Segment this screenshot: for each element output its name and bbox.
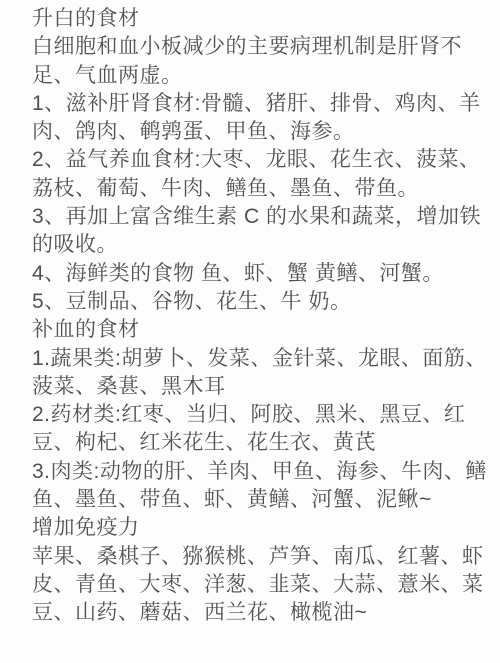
text-line: 苹果、桑棋子、猕猴桃、芦笋、南瓜、红薯、虾 bbox=[32, 543, 472, 571]
document-page: 升白的食材 白细胞和血小板减少的主要病理机制是肝肾不 足、气血两虚。 1、滋补肝… bbox=[0, 0, 500, 663]
text-line: 鱼、墨鱼、带鱼、虾、黄鳝、河蟹、泥鳅~ bbox=[32, 486, 472, 514]
text-line: 肉、鸽肉、鹌鹑蛋、甲鱼、海参。 bbox=[32, 118, 472, 146]
section-title-shengbai: 升白的食材 bbox=[32, 5, 472, 33]
text-line: 2、益气养血食材:大枣、龙眼、花生衣、菠菜、 bbox=[32, 146, 472, 174]
text-line: 豆、枸杞、红米花生、花生衣、黄芪 bbox=[32, 429, 472, 457]
text-line: 荔枝、葡萄、牛肉、鳝鱼、墨鱼、带鱼。 bbox=[32, 175, 472, 203]
text-line: 3.肉类:动物的肝、羊肉、甲鱼、海参、牛肉、鳝 bbox=[32, 458, 472, 486]
text-line: 菠菜、桑葚、黑木耳 bbox=[32, 373, 472, 401]
text-line: 足、气血两虚。 bbox=[32, 62, 472, 90]
text-line: 3、再加上富含维生素 C 的水果和蔬菜，增加铁 bbox=[32, 203, 472, 231]
text-line: 白细胞和血小板减少的主要病理机制是肝肾不 bbox=[32, 33, 472, 61]
text-line: 2.药材类:红枣、当归、阿胶、黑米、黑豆、红 bbox=[32, 401, 472, 429]
text-line: 的吸收。 bbox=[32, 231, 472, 259]
text-line: 1.蔬果类:胡萝卜、发菜、金针菜、龙眼、面筋、 bbox=[32, 345, 472, 373]
section-title-mianyili: 增加免疫力 bbox=[32, 514, 472, 542]
text-line: 皮、青鱼、大枣、洋葱、韭菜、大蒜、薏米、菜 bbox=[32, 571, 472, 599]
text-line: 5、豆制品、谷物、花生、牛 奶。 bbox=[32, 288, 472, 316]
text-line: 豆、山药、蘑菇、西兰花、橄榄油~ bbox=[32, 599, 472, 627]
section-title-buxue: 补血的食材 bbox=[32, 316, 472, 344]
text-line: 1、滋补肝肾食材:骨髓、猪肝、排骨、鸡肉、羊 bbox=[32, 90, 472, 118]
text-line: 4、海鲜类的食物 鱼、虾、蟹 黄鳝、河蟹。 bbox=[32, 260, 472, 288]
